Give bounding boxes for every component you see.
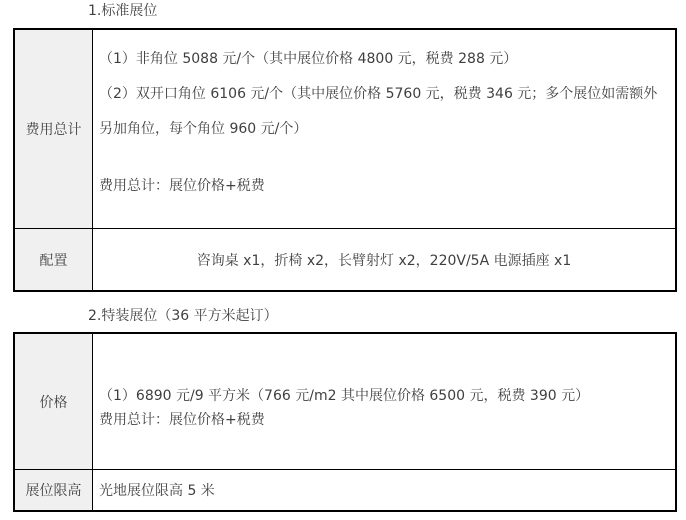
price-paragraph-total: 费用总计：展位价格+税费 bbox=[99, 408, 665, 432]
price-paragraph-1: （1）6890 元/9 平方米（766 元/m2 其中展位价格 6500 元，税… bbox=[99, 384, 665, 408]
document-page: 1.标准展位 费用总计 （1）非角位 5088 元/个（其中展位价格 4800 … bbox=[0, 0, 686, 520]
table-row-configuration: 配置 咨询桌 x1，折椅 x2，长臂射灯 x2，220V/5A 电源插座 x1 bbox=[15, 228, 675, 290]
table-row-fees: 费用总计 （1）非角位 5088 元/个（其中展位价格 4800 元，税费 28… bbox=[15, 30, 675, 228]
standard-booth-title: 1.标准展位 bbox=[88, 1, 157, 21]
fees-paragraph-total: 费用总计：展位价格+税费 bbox=[99, 169, 665, 204]
row-content-configuration: 咨询桌 x1，折椅 x2，长臂射灯 x2，220V/5A 电源插座 x1 bbox=[93, 229, 675, 290]
row-header-configuration: 配置 bbox=[15, 229, 93, 290]
custom-booth-table: 价格 （1）6890 元/9 平方米（766 元/m2 其中展位价格 6500 … bbox=[13, 332, 677, 512]
row-header-fees-total: 费用总计 bbox=[15, 30, 93, 228]
row-header-height-limit: 展位限高 bbox=[15, 470, 93, 510]
row-content-height-limit: 光地展位限高 5 米 bbox=[93, 470, 675, 510]
fees-paragraph-1: （1）非角位 5088 元/个（其中展位价格 4800 元，税费 288 元） bbox=[99, 42, 665, 77]
table-row-height-limit: 展位限高 光地展位限高 5 米 bbox=[15, 469, 675, 510]
row-content-fees: （1）非角位 5088 元/个（其中展位价格 4800 元，税费 288 元） … bbox=[93, 30, 675, 228]
row-header-price: 价格 bbox=[15, 334, 93, 469]
custom-booth-title: 2.特装展位（36 平方米起订） bbox=[88, 306, 278, 326]
standard-booth-table: 费用总计 （1）非角位 5088 元/个（其中展位价格 4800 元，税费 28… bbox=[13, 28, 677, 292]
row-content-price: （1）6890 元/9 平方米（766 元/m2 其中展位价格 6500 元，税… bbox=[93, 334, 675, 469]
table-row-price: 价格 （1）6890 元/9 平方米（766 元/m2 其中展位价格 6500 … bbox=[15, 334, 675, 469]
fees-paragraph-2: （2）双开口角位 6106 元/个（其中展位价格 5760 元，税费 346 元… bbox=[99, 77, 665, 147]
